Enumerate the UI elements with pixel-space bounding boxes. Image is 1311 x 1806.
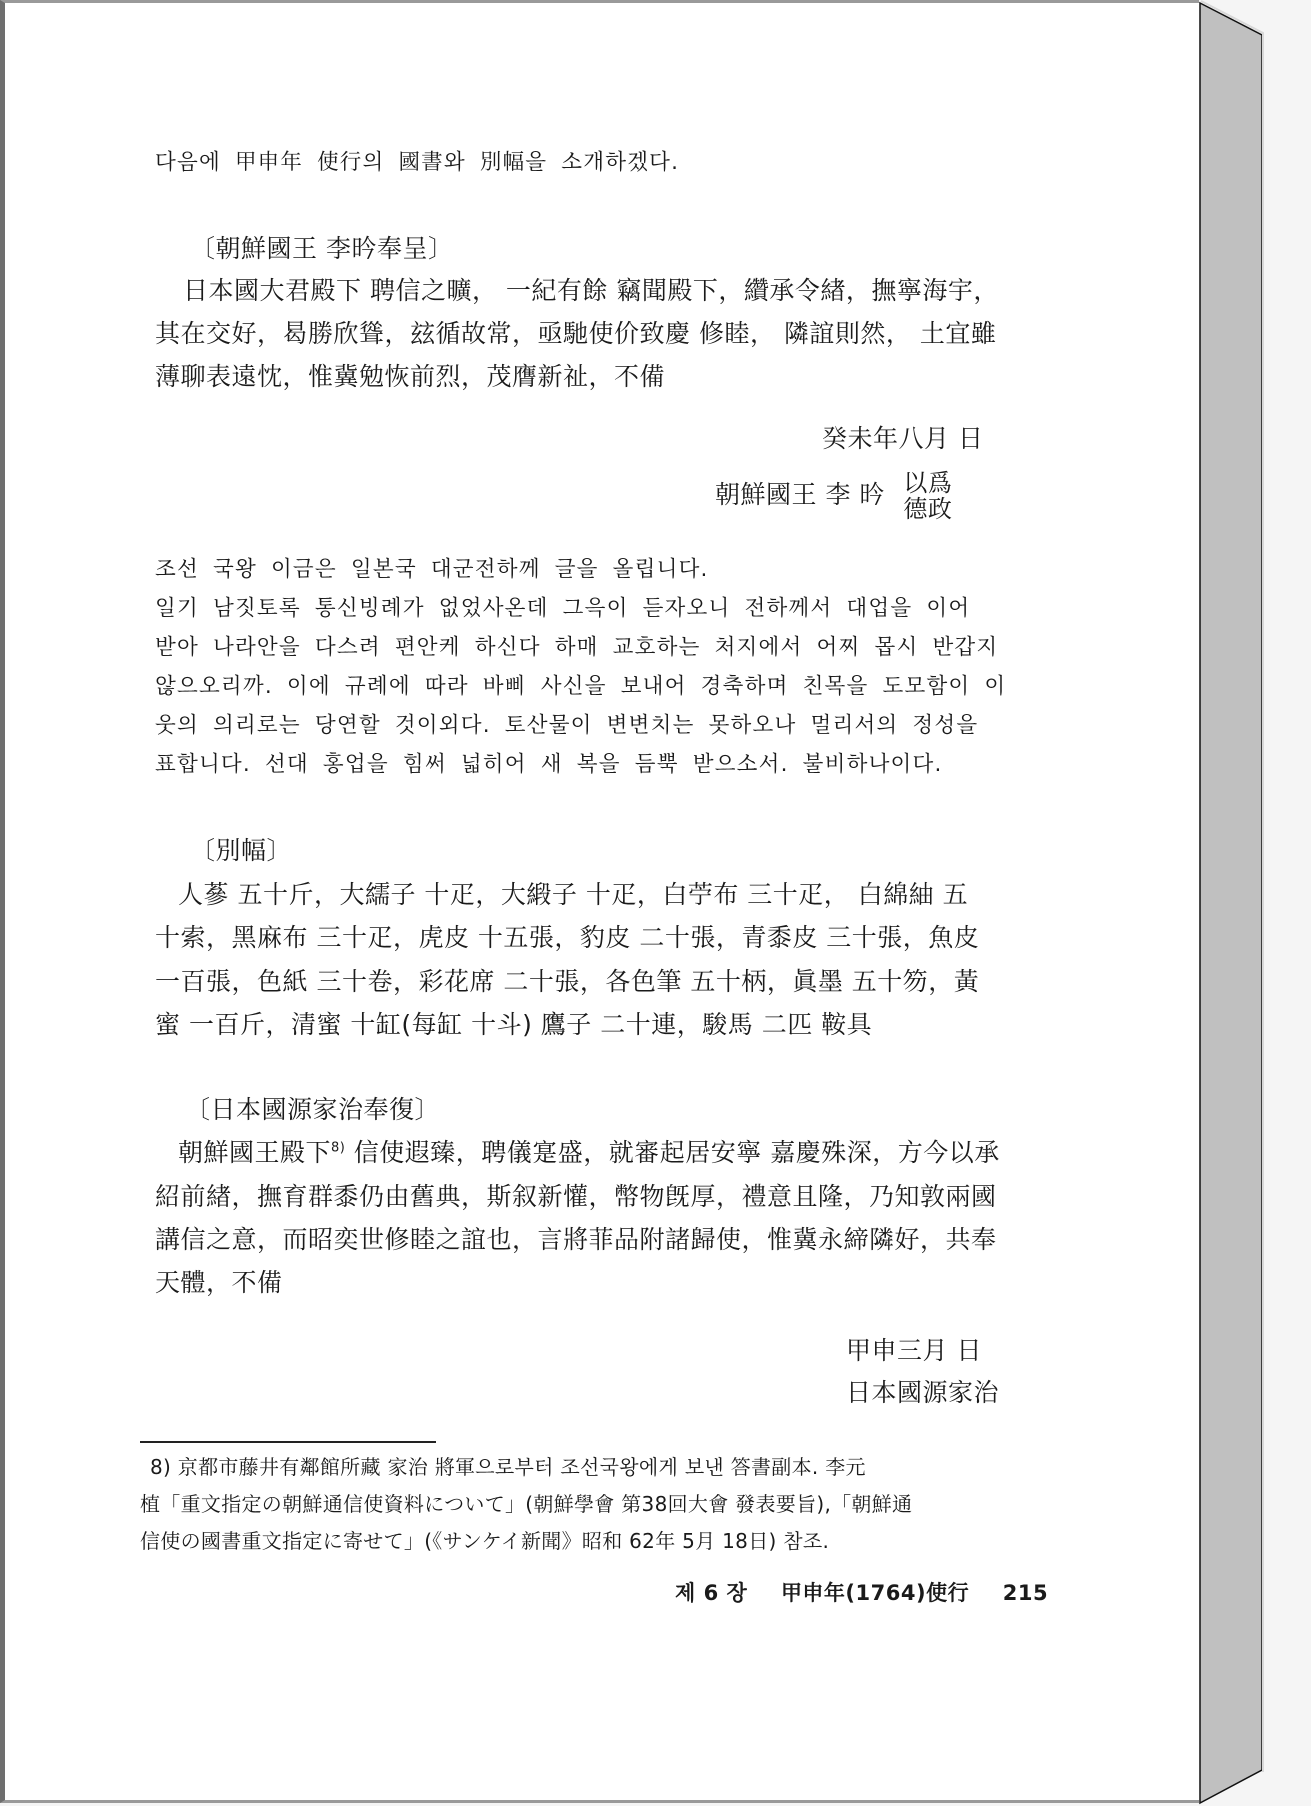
translation-line-1: 조선 국왕 이금은 일본국 대군전하께 글을 올립니다. (155, 555, 709, 585)
intro-text: 다음에 甲申年 使行의 國書와 別幅을 소개하겠다. (155, 148, 679, 178)
letter1-line-3: 薄聊表遠忱，惟冀勉恢前烈，茂膺新祉，不備 (155, 362, 665, 392)
letter1-heading: 〔朝鮮國王 李昑奉呈〕 (190, 234, 453, 264)
letter2-date: 甲申三月 日 (846, 1336, 982, 1366)
page-side-edge (1199, 0, 1265, 1806)
byeolpok-heading: 〔別幅〕 (190, 836, 292, 866)
seal-top: 以爲 (903, 470, 952, 496)
letter2-addressee: 朝鮮國王殿下 (178, 1138, 331, 1167)
translation-line-6: 표합니다. 선대 홍업을 힘써 넓히어 새 복을 듬뿍 받으소서. 불비하나이다… (155, 750, 943, 780)
byeolpok-line-2: 十索，黑麻布 三十疋，虎皮 十五張，豹皮 二十張，青黍皮 三十張，魚皮 (155, 923, 979, 953)
footnote-line-2: 植「重文指定の朝鮮通信使資料について」(朝鮮學會 第38回大會 發表要旨),「朝… (140, 1489, 912, 1519)
translation-line-2: 일기 남짓토록 통신빙례가 없었사온데 그윽이 듣자오니 전하께서 대업을 이어 (155, 594, 970, 624)
byeolpok-line-4: 蜜 一百斤，清蜜 十缸(每缸 十斗) 鷹子 二十連，駿馬 二匹 鞍具 (155, 1010, 872, 1040)
seal-bottom: 德政 (903, 496, 952, 522)
letter1-signature: 朝鮮國王 李 昑 以爲 德政 (715, 470, 952, 522)
page-number: 215 (1003, 1581, 1048, 1605)
chapter-title: 甲申年(1764)使行 (781, 1581, 969, 1605)
letter2-line-2: 紹前緖，撫育群黍仍由舊典，斯叙新懽，幣物旣厚，禮意且隆，乃知敦兩國 (155, 1182, 997, 1212)
letter2-line-4: 天體，不備 (155, 1268, 283, 1298)
seal-inscription: 以爲 德政 (903, 470, 952, 522)
byeolpok-line-1: 人蔘 五十斤，大繻子 十疋，大緞子 十疋，白苧布 三十疋， 白綿紬 五 (178, 880, 968, 910)
page-footer: 제 6 장 甲申年(1764)使行 215 (675, 1578, 1048, 1608)
letter1-line-2: 其在交好，曷勝欣聳，玆循故常，亟馳使价致慶 修睦， 隣誼則然， 土宜雖 (155, 319, 996, 349)
letter2-heading: 〔日本國源家治奉復〕 (185, 1095, 440, 1125)
footnote-ref-8[interactable]: 8) (331, 1141, 345, 1156)
byeolpok-line-3: 一百張，色紙 三十卷，彩花席 二十張，各色筆 五十柄，眞墨 五十笏，黃 (155, 967, 979, 997)
translation-line-4: 않으오리까. 이에 규례에 따라 바삐 사신을 보내어 경축하며 친목을 도모함… (155, 672, 1006, 702)
letter1-line-1: 日本國大君殿下 聘信之曠， 一紀有餘 竊聞殿下，纘承令緖，撫寧海宇， (183, 276, 999, 306)
translation-line-3: 받아 나라안을 다스려 편안케 하신다 하매 교호하는 처지에서 어찌 몹시 반… (155, 633, 998, 663)
footnote-line-1: 8) 京都市藤井有鄰館所藏 家治 將軍으로부터 조선국왕에게 보낸 答書副本. … (150, 1452, 866, 1482)
letter2-line-1-text: 信使遐臻，聘儀寔盛，就審起居安寧 嘉慶殊深，方今以承 (345, 1138, 999, 1167)
letter1-signer: 朝鮮國王 李 昑 (715, 480, 885, 509)
letter1-date: 癸未年八月 日 (822, 424, 983, 454)
chapter-label: 제 6 장 (675, 1581, 747, 1605)
footnote-divider (140, 1441, 436, 1443)
letter2-signer: 日本國源家治 (846, 1378, 999, 1408)
translation-line-5: 웃의 의리로는 당연할 것이외다. 토산물이 변변치는 못하오나 멀리서의 정성… (155, 711, 978, 741)
footnote-line-3: 信使の國書重文指定に寄せて」(《サンケイ新聞》昭和 62年 5月 18日) 참조… (140, 1526, 829, 1556)
letter2-line-3: 講信之意，而昭奕世修睦之誼也，言將菲品附諸歸使，惟冀永締隣好，共奉 (155, 1225, 997, 1255)
letter2-line-1: 朝鮮國王殿下8) 信使遐臻，聘儀寔盛，就審起居安寧 嘉慶殊深，方今以承 (178, 1138, 1000, 1168)
